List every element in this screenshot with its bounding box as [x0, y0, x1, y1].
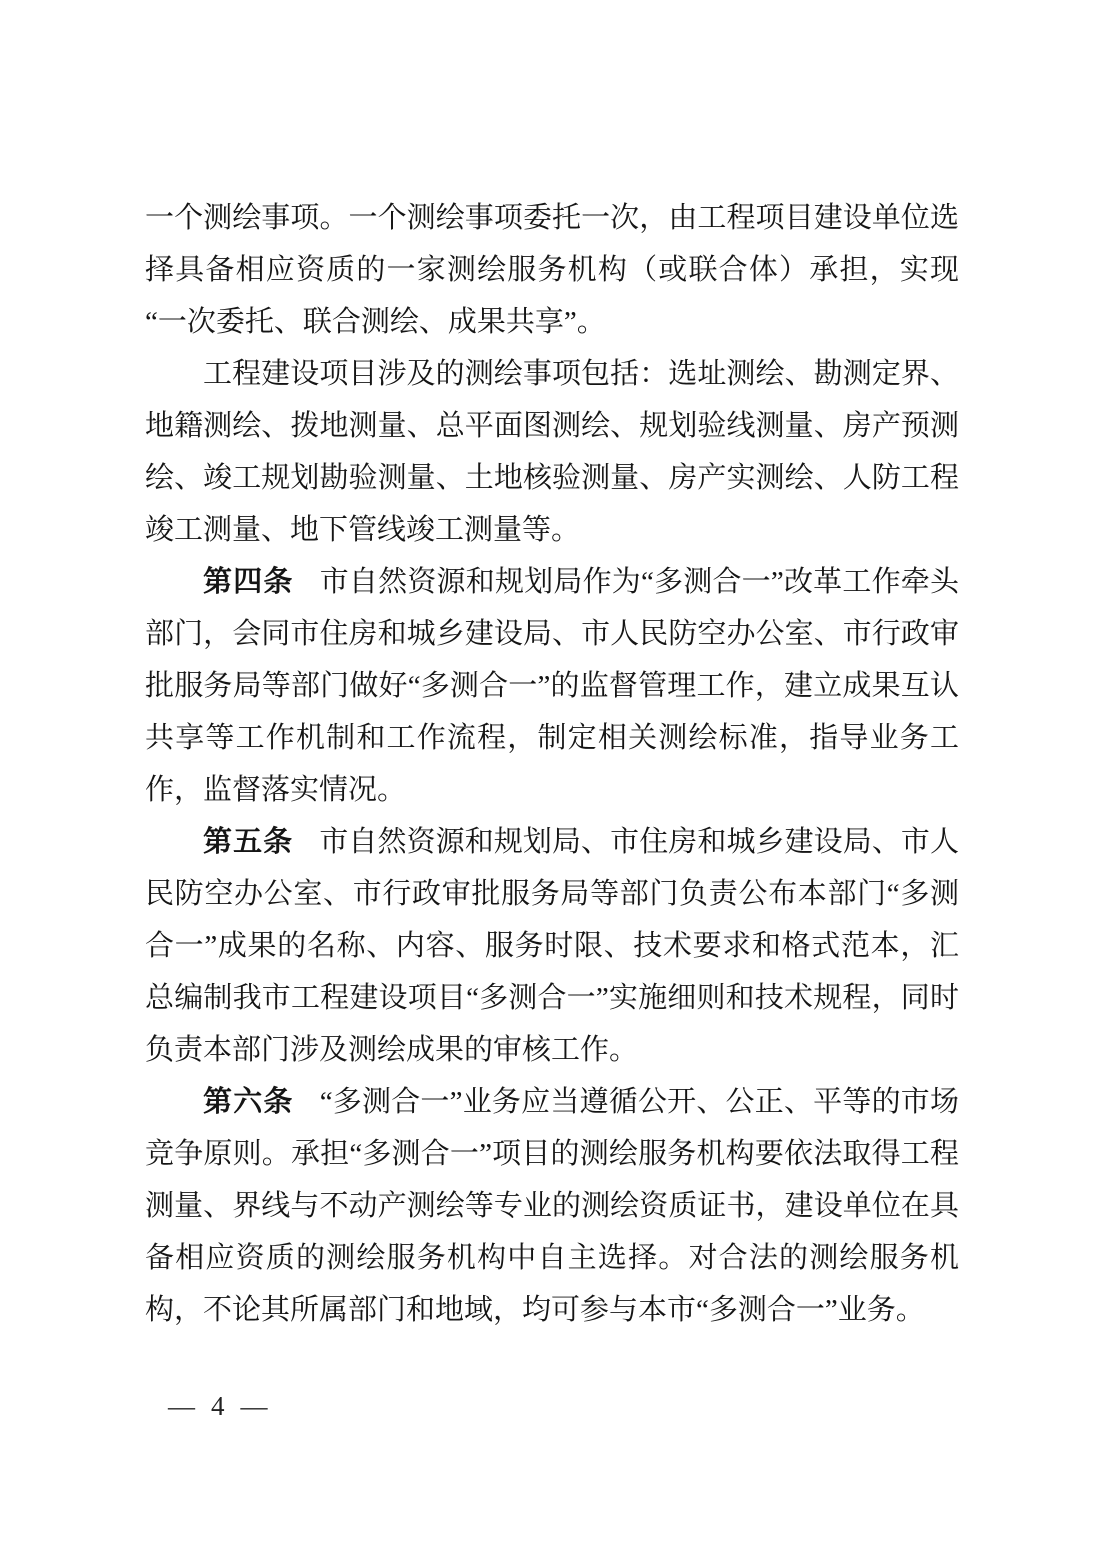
- article-number-label: 第四条: [203, 566, 294, 598]
- paragraph-article-6: 第六条“多测合一”业务应当遵循公开、公正、平等的市场竞争原则。承担“多测合一”项…: [145, 1076, 959, 1336]
- paragraph: 工程建设项目涉及的测绘事项包括：选址测绘、勘测定界、地籍测绘、拨地测量、总平面图…: [145, 348, 959, 556]
- paragraph-text: 市自然资源和规划局作为“多测合一”改革工作牵头部门，会同市住房和城乡建设局、市人…: [145, 566, 959, 806]
- footer-left-dash: —: [168, 1391, 195, 1421]
- paragraph-text: “多测合一”业务应当遵循公开、公正、平等的市场竞争原则。承担“多测合一”项目的测…: [145, 1086, 959, 1326]
- article-number-label: 第六条: [203, 1086, 294, 1118]
- page-footer: —4—: [168, 1386, 268, 1426]
- page-number: 4: [211, 1391, 225, 1421]
- paragraph-text: 工程建设项目涉及的测绘事项包括：选址测绘、勘测定界、地籍测绘、拨地测量、总平面图…: [145, 358, 959, 546]
- document-page: 一个测绘事项。一个测绘事项委托一次，由工程项目建设单位选择具备相应资质的一家测绘…: [0, 0, 1102, 1559]
- document-body: 一个测绘事项。一个测绘事项委托一次，由工程项目建设单位选择具备相应资质的一家测绘…: [145, 192, 959, 1336]
- paragraph-article-4: 第四条市自然资源和规划局作为“多测合一”改革工作牵头部门，会同市住房和城乡建设局…: [145, 556, 959, 816]
- paragraph-continuation: 一个测绘事项。一个测绘事项委托一次，由工程项目建设单位选择具备相应资质的一家测绘…: [145, 192, 959, 348]
- paragraph-text: 市自然资源和规划局、市住房和城乡建设局、市人民防空办公室、市行政审批服务局等部门…: [145, 826, 959, 1066]
- paragraph-text: 一个测绘事项。一个测绘事项委托一次，由工程项目建设单位选择具备相应资质的一家测绘…: [145, 202, 959, 338]
- article-number-label: 第五条: [203, 826, 293, 858]
- paragraph-article-5: 第五条市自然资源和规划局、市住房和城乡建设局、市人民防空办公室、市行政审批服务局…: [145, 816, 959, 1076]
- footer-right-dash: —: [241, 1391, 268, 1421]
